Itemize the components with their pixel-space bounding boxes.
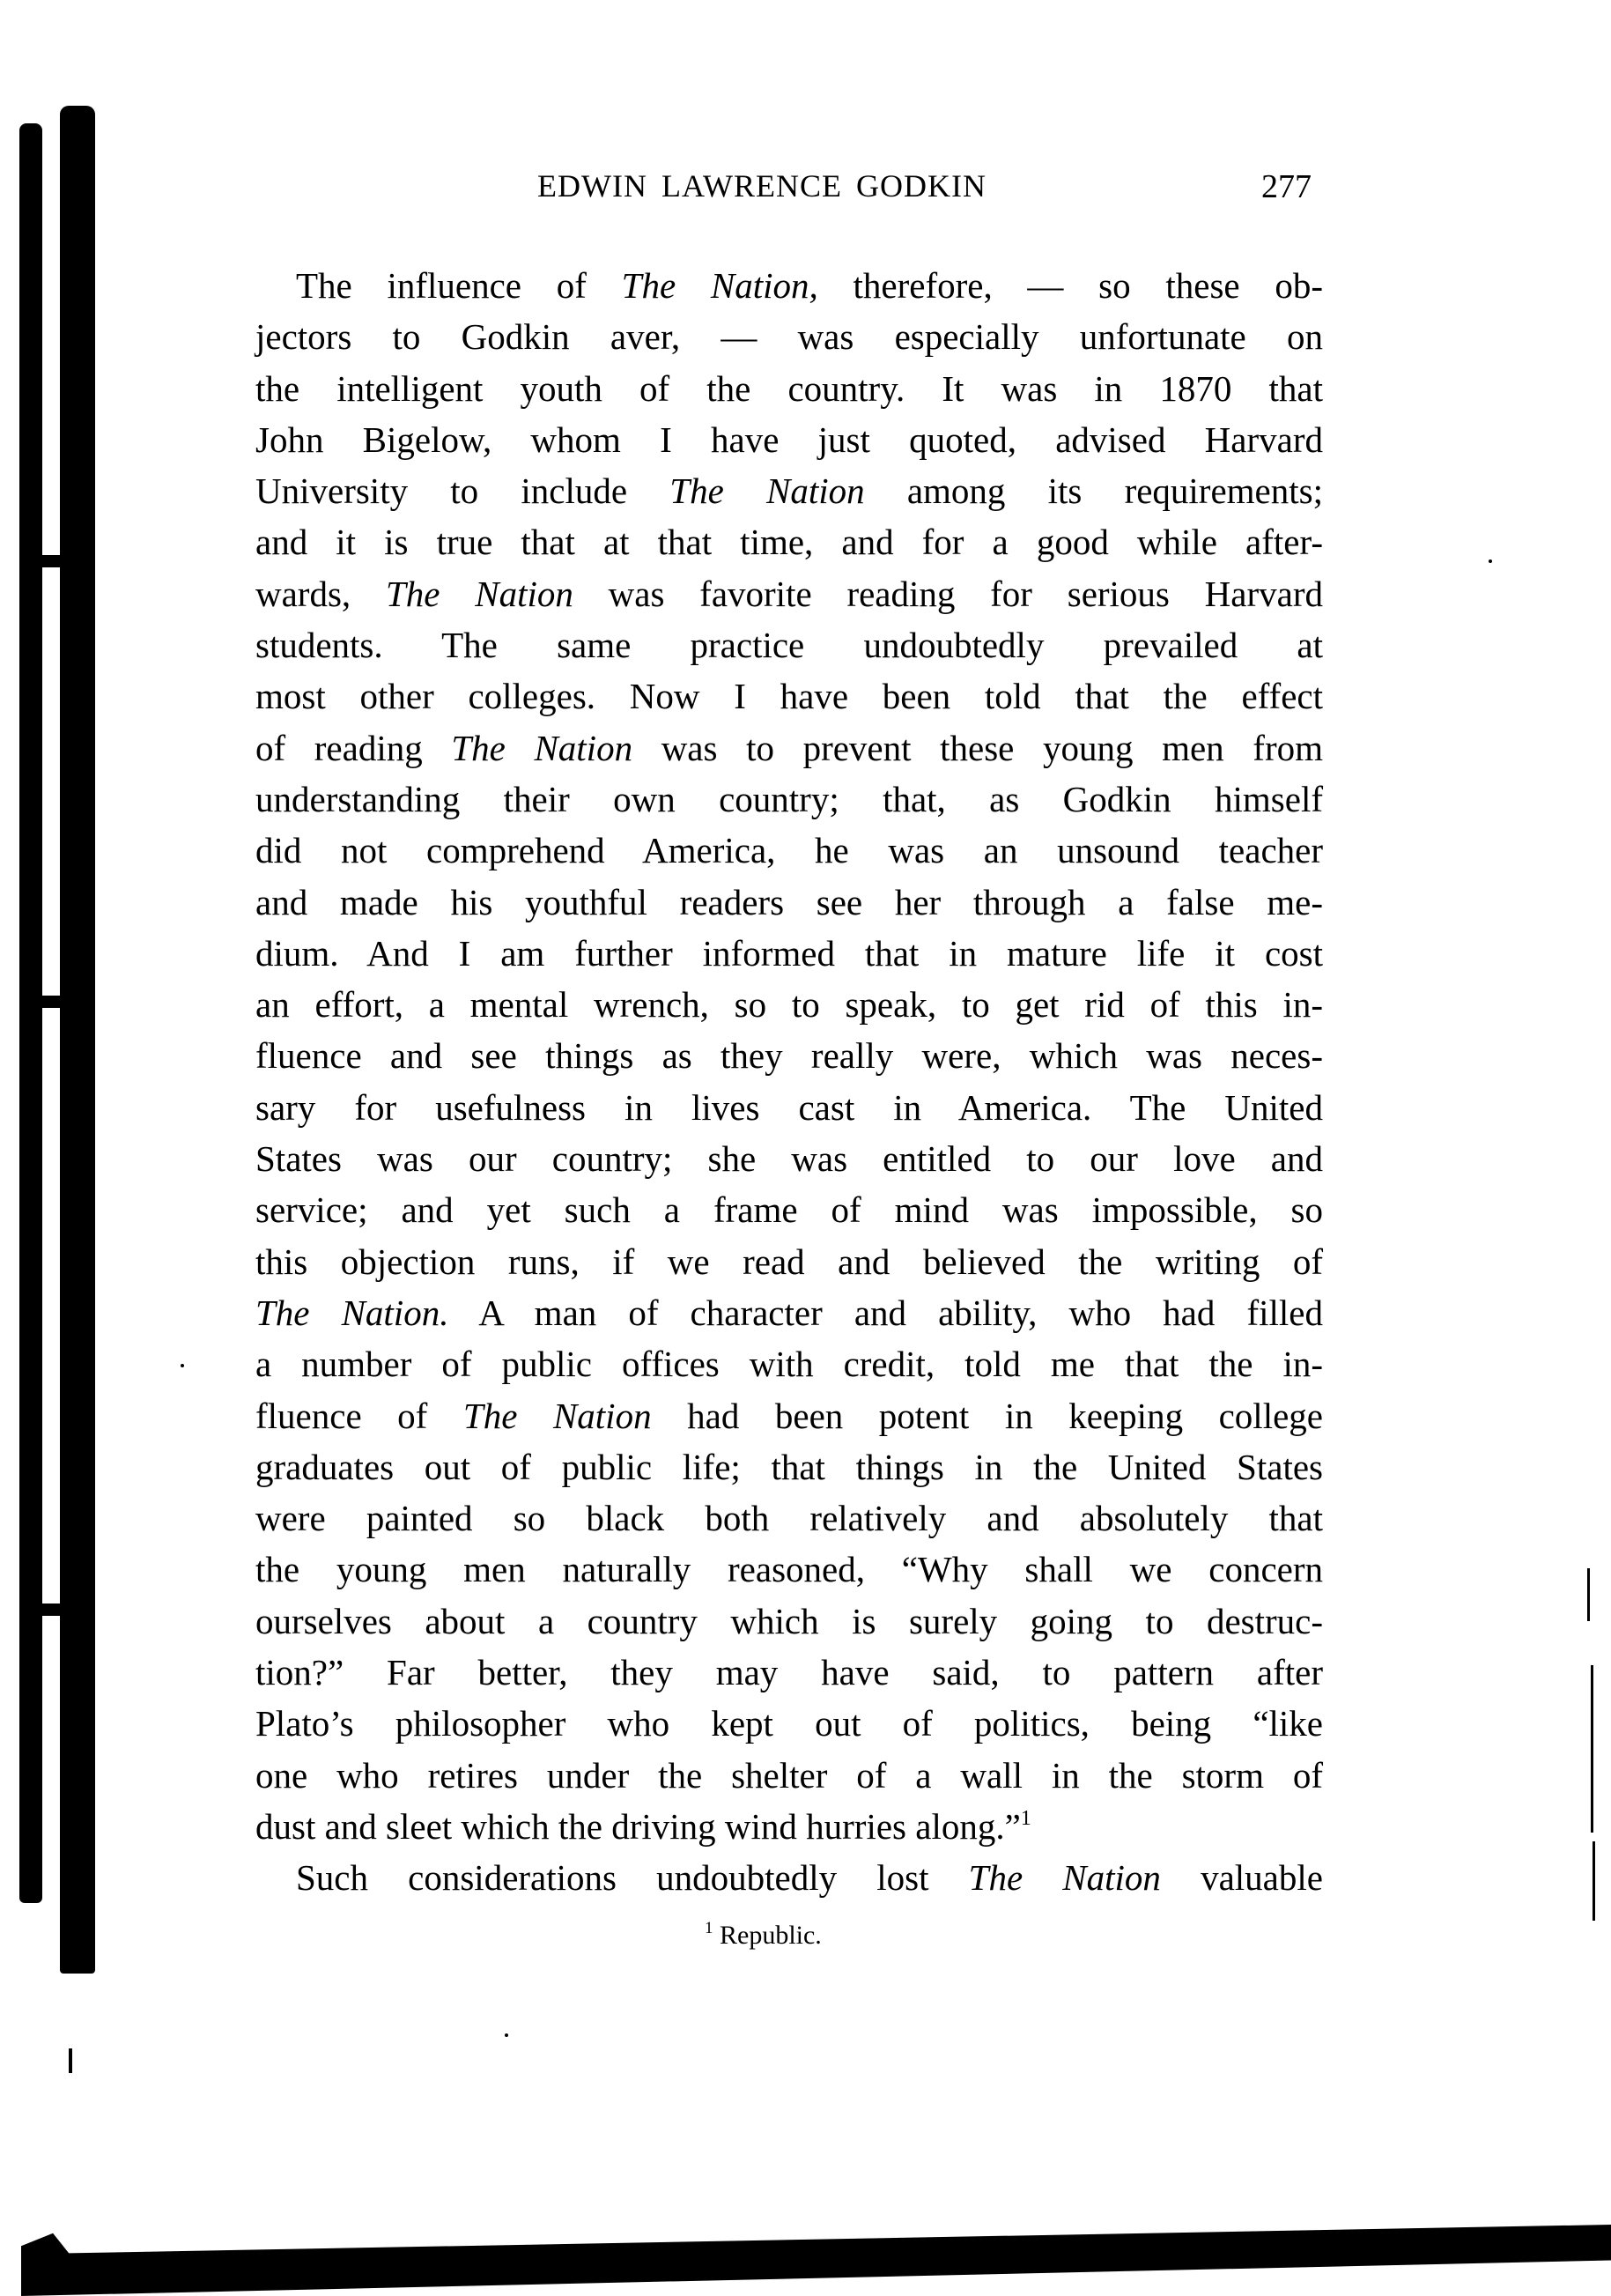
page-number: 277 (1261, 167, 1312, 206)
text-segment: therefore, — so these ob- (818, 265, 1323, 306)
text-segment: and made his youthful readers see her th… (255, 882, 1323, 922)
text-segment: fluence of (255, 1396, 463, 1436)
text-segment: dium. And I am further informed that in … (255, 933, 1323, 974)
text-segment: the intelligent youth of the country. It… (255, 368, 1323, 409)
text-line: fluence of The Nation had been potent in… (255, 1390, 1323, 1441)
italic-title: The Nation. (255, 1292, 448, 1333)
footnote-marker: 1 (705, 1919, 713, 1937)
italic-title: The Nation (386, 574, 573, 614)
text-line: fluence and see things as they really we… (255, 1030, 1323, 1081)
text-line: understanding their own country; that, a… (255, 774, 1323, 825)
text-line: did not comprehend America, he was an un… (255, 825, 1323, 876)
text-line: dust and sleet which the driving wind hu… (255, 1801, 1323, 1852)
text-line: Such considerations undoubtedly lost The… (255, 1852, 1323, 1903)
text-segment: ourselves about a country which is surel… (255, 1601, 1323, 1641)
text-segment: students. The same practice undoubtedly … (255, 625, 1323, 665)
binding-mark (42, 996, 60, 1008)
text-line: this objection runs, if we read and beli… (255, 1236, 1323, 1287)
text-line: sary for usefulness in lives cast in Ame… (255, 1082, 1323, 1133)
scan-artifact (1593, 1841, 1595, 1921)
text-line: were painted so black both relatively an… (255, 1492, 1323, 1544)
text-segment: was to prevent these young men from (632, 728, 1323, 768)
text-segment: Plato’s philosopher who kept out of poli… (255, 1703, 1323, 1744)
text-line: the young men naturally reasoned, “Why s… (255, 1544, 1323, 1595)
text-line: and it is true that at that time, and fo… (255, 516, 1323, 567)
scan-artifact (69, 2048, 72, 2073)
text-segment: an effort, a mental wrench, so to speak,… (255, 984, 1323, 1025)
text-line: most other colleges. Now I have been tol… (255, 670, 1323, 722)
text-segment: a number of public offices with credit, … (255, 1344, 1323, 1384)
text-segment: had been potent in keeping college (652, 1396, 1323, 1436)
text-segment: most other colleges. Now I have been tol… (255, 676, 1323, 716)
binding-edge-shadow (16, 106, 95, 1956)
text-segment: fluence and see things as they really we… (255, 1035, 1323, 1076)
text-segment: Such considerations undoubtedly lost (296, 1857, 969, 1898)
footnote: 1 Republic. (705, 1921, 822, 1951)
italic-title: The Nation (669, 470, 864, 511)
binding-shadow-stripe (19, 123, 42, 1903)
text-line: an effort, a mental wrench, so to speak,… (255, 979, 1323, 1030)
text-segment: valuable (1161, 1857, 1323, 1898)
text-segment: graduates out of public life; that thing… (255, 1447, 1323, 1487)
text-line: and made his youthful readers see her th… (255, 877, 1323, 928)
text-segment: of reading (255, 728, 451, 768)
text-line: one who retires under the shelter of a w… (255, 1750, 1323, 1801)
text-line: students. The same practice undoubtedly … (255, 619, 1323, 670)
running-header: EDWIN LAWRENCE GODKIN 277 (0, 167, 1611, 220)
text-line: The influence of The Nation, therefore, … (255, 260, 1323, 311)
text-segment: sary for usefulness in lives cast in Ame… (255, 1087, 1323, 1128)
text-segment: among its requirements; (865, 470, 1323, 511)
text-line: ourselves about a country which is surel… (255, 1596, 1323, 1647)
italic-title: The Nation (969, 1857, 1161, 1898)
text-segment: John Bigelow, whom I have just quoted, a… (255, 419, 1323, 460)
text-segment: this objection runs, if we read and beli… (255, 1241, 1323, 1282)
scan-speck (181, 1364, 184, 1367)
body-text: The influence of The Nation, therefore, … (255, 260, 1323, 1904)
text-segment: jectors to Godkin aver, — was especially… (255, 316, 1323, 357)
text-segment: States was our country; she was entitled… (255, 1138, 1323, 1179)
text-line: The Nation. A man of character and abili… (255, 1287, 1323, 1338)
text-segment: A man of character and ability, who had … (448, 1292, 1323, 1333)
text-segment: wards, (255, 574, 386, 614)
footnote-text: Republic. (713, 1921, 822, 1950)
text-segment: tion?” Far better, they may have said, t… (255, 1652, 1323, 1692)
scan-artifact (1591, 1665, 1593, 1833)
running-title: EDWIN LAWRENCE GODKIN (537, 167, 987, 204)
footnote-reference: 1 (1021, 1807, 1031, 1830)
text-line: a number of public offices with credit, … (255, 1338, 1323, 1389)
text-line: jectors to Godkin aver, — was especially… (255, 311, 1323, 362)
text-line: the intelligent youth of the country. It… (255, 363, 1323, 414)
text-line: Plato’s philosopher who kept out of poli… (255, 1698, 1323, 1749)
text-line: tion?” Far better, they may have said, t… (255, 1647, 1323, 1698)
scanned-book-page: EDWIN LAWRENCE GODKIN 277 The influence … (0, 0, 1611, 2296)
text-segment: University to include (255, 470, 669, 511)
text-segment: understanding their own country; that, a… (255, 779, 1323, 819)
binding-shadow-stripe (60, 106, 95, 1974)
italic-title: The Nation (463, 1396, 652, 1436)
text-segment: service; and yet such a frame of mind wa… (255, 1189, 1323, 1230)
scan-speck (1489, 559, 1492, 563)
text-segment: the young men naturally reasoned, “Why s… (255, 1549, 1323, 1589)
text-line: John Bigelow, whom I have just quoted, a… (255, 414, 1323, 465)
italic-title: The Nation (451, 728, 632, 768)
text-segment: and it is true that at that time, and fo… (255, 522, 1323, 562)
text-line: University to include The Nation among i… (255, 465, 1323, 516)
scan-speck (505, 2033, 508, 2037)
text-line: of reading The Nation was to prevent the… (255, 722, 1323, 774)
text-line: service; and yet such a frame of mind wa… (255, 1184, 1323, 1235)
text-segment: The influence of (296, 265, 622, 306)
italic-title: The Nation, (622, 265, 818, 306)
text-segment: did not comprehend America, he was an un… (255, 830, 1323, 870)
text-line: graduates out of public life; that thing… (255, 1441, 1323, 1492)
text-line: dium. And I am further informed that in … (255, 928, 1323, 979)
scan-artifact (1587, 1568, 1590, 1621)
binding-mark (42, 555, 60, 567)
text-segment: were painted so black both relatively an… (255, 1498, 1323, 1538)
text-segment: dust and sleet which the driving wind hu… (255, 1806, 1021, 1847)
text-segment: was favorite reading for serious Harvard (573, 574, 1323, 614)
scan-bottom-edge-shadow (21, 2225, 1611, 2296)
text-segment: one who retires under the shelter of a w… (255, 1755, 1323, 1796)
text-line: States was our country; she was entitled… (255, 1133, 1323, 1184)
binding-mark (42, 1603, 60, 1616)
text-line: wards, The Nation was favorite reading f… (255, 568, 1323, 619)
